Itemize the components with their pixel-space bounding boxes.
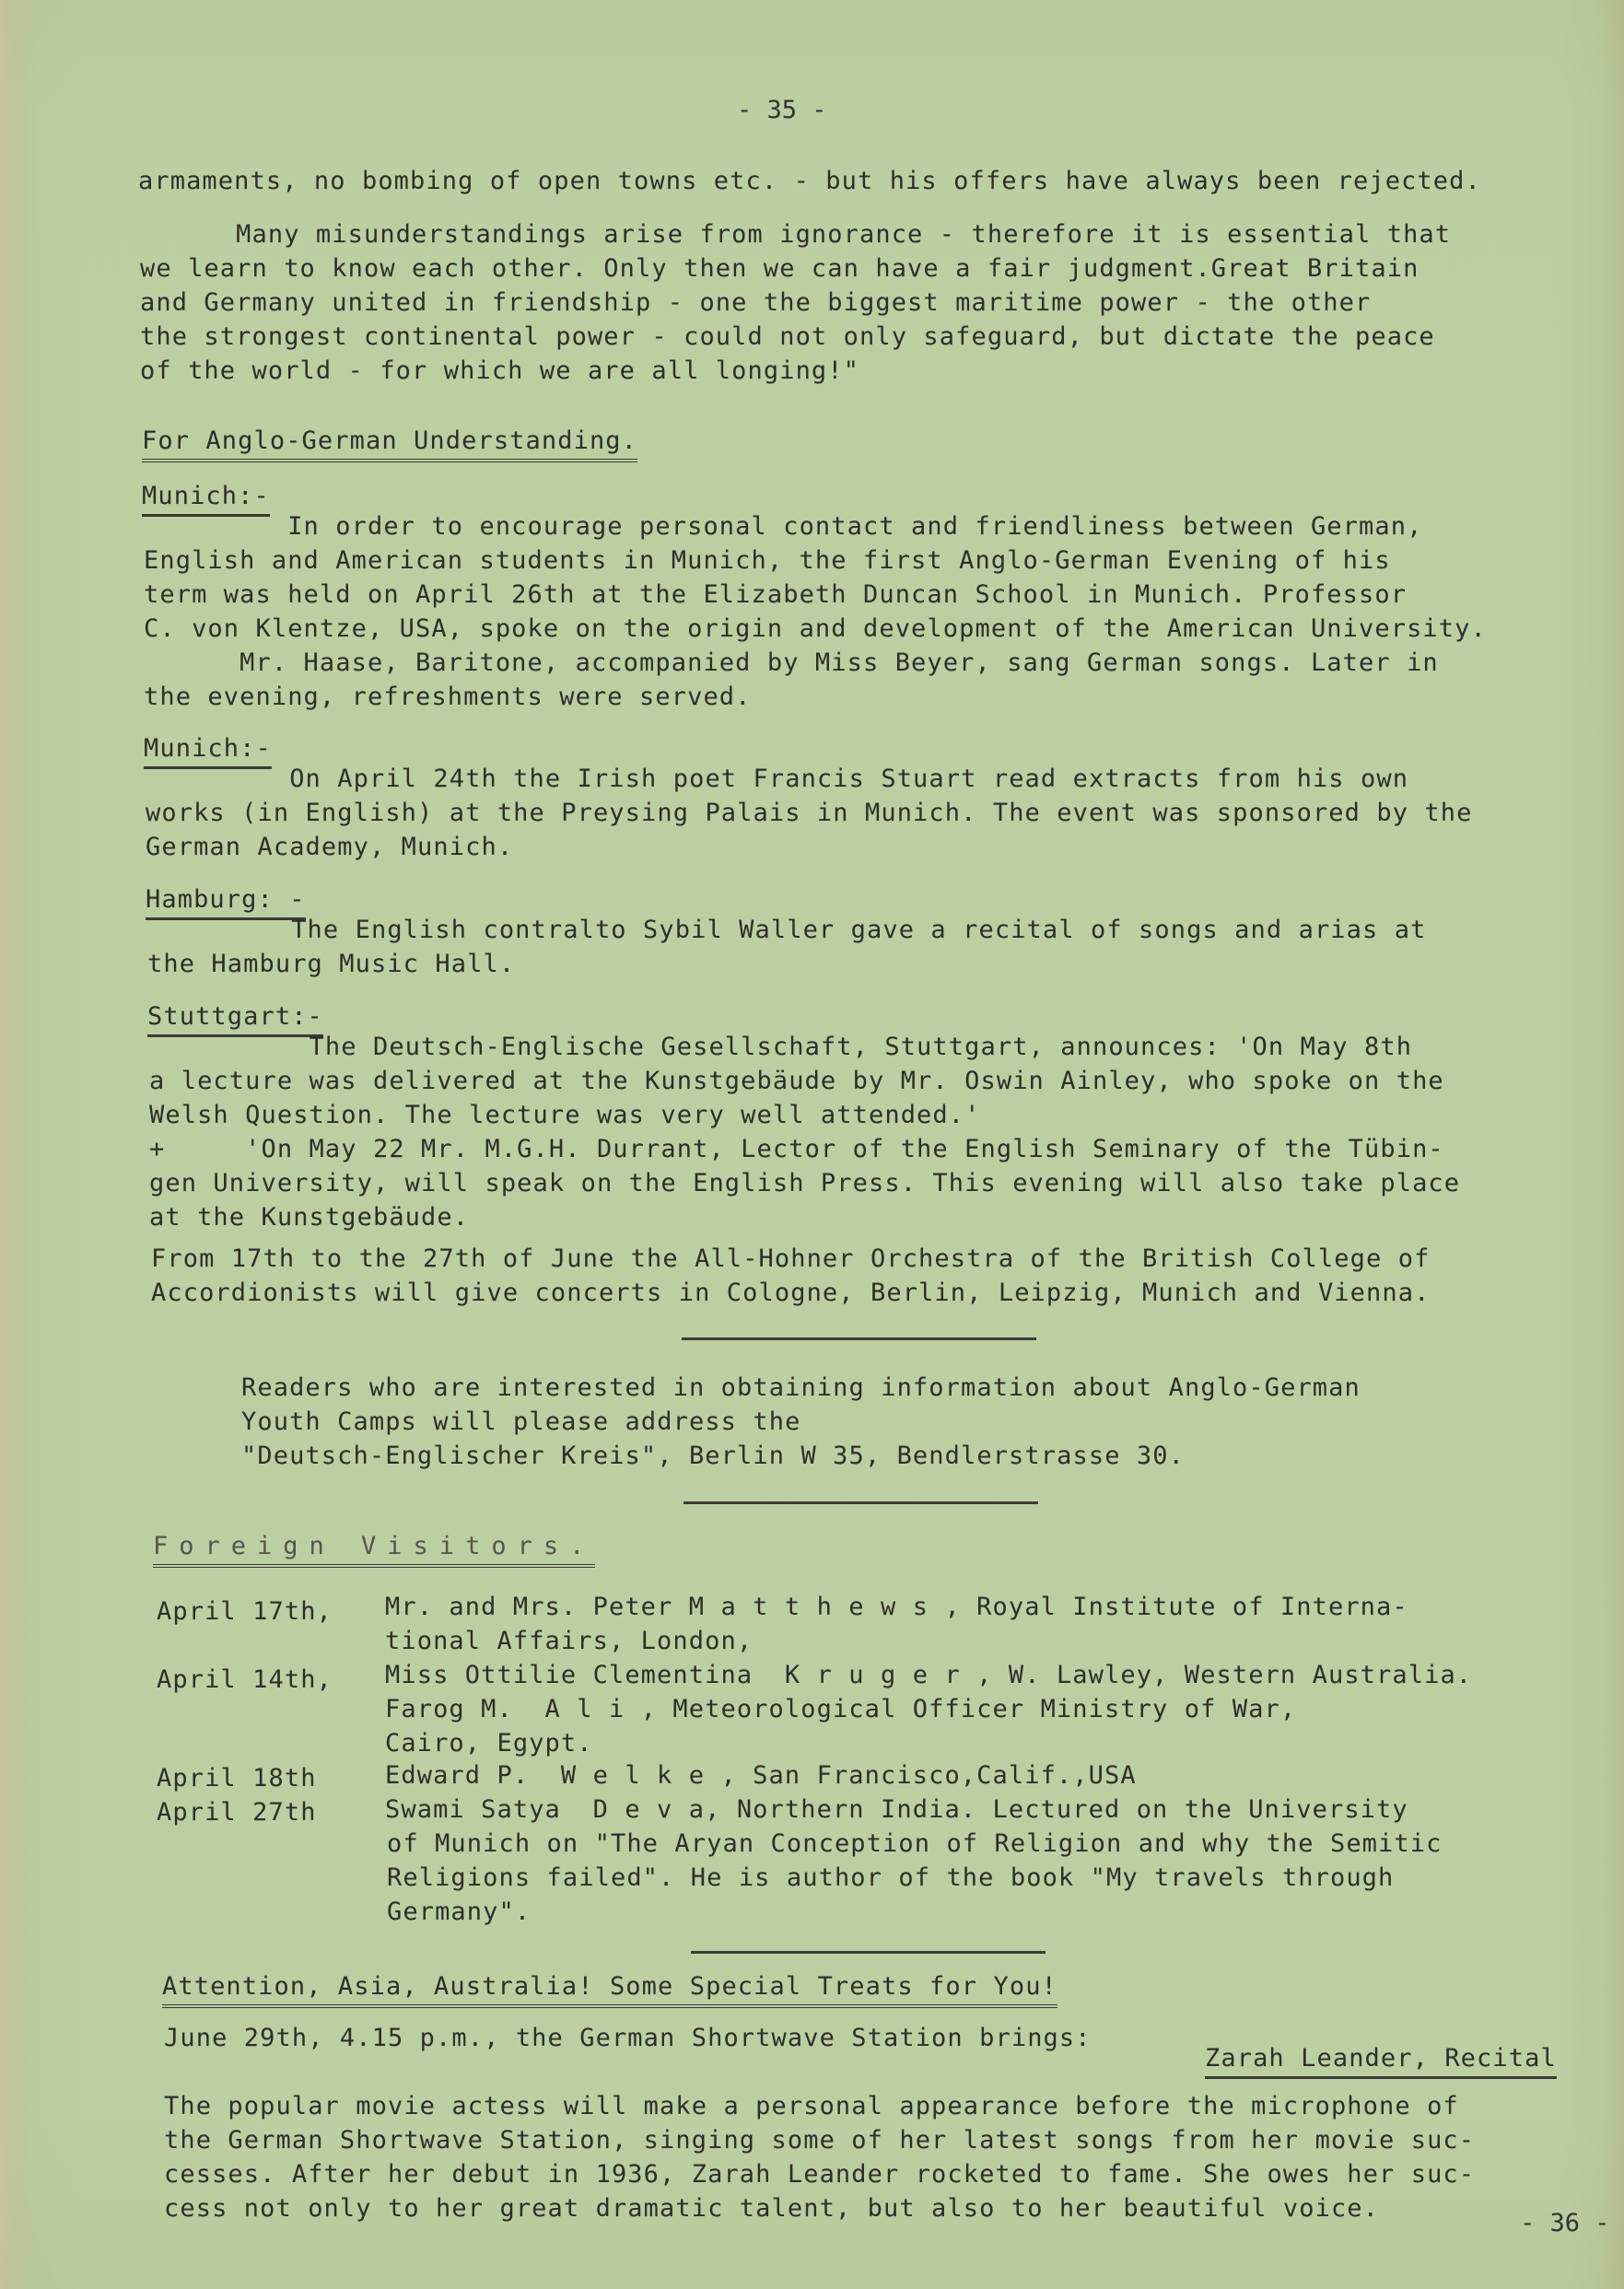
entry-line: English and American students in Munich,… xyxy=(144,545,1391,577)
visitor-line: Mr. and Mrs. Peter M a t t h e w s , Roy… xyxy=(385,1592,1408,1623)
entry-line: German Academy, Munich. xyxy=(146,832,513,863)
shortwave-line: cess not only to her great dramatic tale… xyxy=(164,2193,1379,2225)
page-fold-shadow xyxy=(0,0,37,2289)
continuation-text: armaments, no bombing of open towns etc.… xyxy=(138,166,1481,197)
intro-line: we learn to know each other. Only then w… xyxy=(140,253,1419,285)
intro-line: the strongest continental power - could … xyxy=(140,321,1435,353)
shortwave-line: cesses. After her debut in 1936, Zarah L… xyxy=(164,2159,1475,2190)
entry-line: gen University, will speak on the Englis… xyxy=(149,1168,1460,1199)
section-divider xyxy=(691,1951,1046,1954)
visitor-line: Miss Ottilie Clementina K r u g e r , W.… xyxy=(385,1660,1472,1691)
intro-line: of the world - for which we are all long… xyxy=(140,356,859,387)
entry-line: at the Kunstgebäude. xyxy=(149,1202,469,1233)
accordion-line: From 17th to the 27th of June the All-Ho… xyxy=(151,1244,1430,1275)
page-number-bottom: - 36 - xyxy=(1520,2209,1610,2237)
visitor-date: April 27th xyxy=(157,1797,317,1828)
visitor-line: Edward P. W e l k e , San Francisco,Cali… xyxy=(385,1760,1137,1792)
visitor-line: Religions failed". He is author of the b… xyxy=(387,1863,1394,1894)
visitor-line: Germany". xyxy=(387,1897,531,1928)
shortwave-line: the German Shortwave Station, singing so… xyxy=(164,2125,1475,2156)
entry-line: The English contralto Sybil Waller gave … xyxy=(147,915,1426,946)
program-title: Zarah Leander, Recital xyxy=(1205,2043,1557,2079)
entry-line: term was held on April 26th at the Eliza… xyxy=(144,579,1407,611)
entry-line: the Hamburg Music Hall. xyxy=(147,949,515,980)
notice-line: Readers who are interested in obtaining … xyxy=(241,1372,1361,1404)
entry-line: the evening, refreshments were served. xyxy=(144,682,752,713)
section-divider xyxy=(683,1501,1038,1504)
section-heading-shortwave: Attention, Asia, Australia! Some Special… xyxy=(162,1971,1057,2008)
section-divider xyxy=(682,1337,1036,1340)
visitor-line: Cairo, Egypt. xyxy=(385,1728,593,1759)
intro-line: Many misunderstandings arise from ignora… xyxy=(140,219,1451,251)
visitor-line: tional Affairs, London, xyxy=(385,1626,753,1657)
entry-line: The Deutsch-Englische Gesellschaft, Stut… xyxy=(149,1032,1412,1063)
visitor-line: Farog M. A l i , Meteorological Officer … xyxy=(385,1694,1296,1725)
notice-line: "Deutsch-Englischer Kreis", Berlin W 35,… xyxy=(241,1441,1185,1472)
entry-line: Mr. Haase, Baritone, accompanied by Miss… xyxy=(144,648,1439,679)
document-page: - 35 - armaments, no bombing of open tow… xyxy=(0,0,1624,2289)
entry-line: + 'On May 22 Mr. M.G.H. Durrant, Lector … xyxy=(149,1134,1444,1165)
visitor-date: April 18th xyxy=(157,1763,317,1794)
entry-line: On April 24th the Irish poet Francis Stu… xyxy=(146,764,1408,795)
visitor-line: of Munich on "The Aryan Conception of Re… xyxy=(387,1828,1442,1860)
entry-line: C. von Klentze, USA, spoke on the origin… xyxy=(144,613,1487,645)
shortwave-line: The popular movie actess will make a per… xyxy=(164,2091,1459,2122)
visitor-date: April 17th, xyxy=(157,1596,333,1628)
entry-line: In order to encourage personal contact a… xyxy=(144,511,1422,543)
section-heading-foreign-visitors: Foreign Visitors. xyxy=(153,1531,595,1568)
accordion-line: Accordionists will give concerts in Colo… xyxy=(151,1278,1430,1309)
entry-line: a lecture was delivered at the Kunstgebä… xyxy=(149,1066,1444,1097)
section-heading-anglo-german: For Anglo-German Understanding. xyxy=(142,426,637,462)
intro-line: and Germany united in friendship - one t… xyxy=(140,287,1371,319)
entry-line: works (in English) at the Preysing Palai… xyxy=(146,798,1473,829)
broadcast-line: June 29th, 4.15 p.m., the German Shortwa… xyxy=(164,2023,1092,2054)
entry-line: Welsh Question. The lecture was very wel… xyxy=(149,1100,980,1131)
page-number-top: - 35 - xyxy=(737,96,827,124)
visitor-date: April 14th, xyxy=(157,1664,333,1696)
visitor-line: Swami Satya D e v a, Northern India. Lec… xyxy=(385,1794,1408,1826)
notice-line: Youth Camps will please address the xyxy=(241,1407,800,1438)
